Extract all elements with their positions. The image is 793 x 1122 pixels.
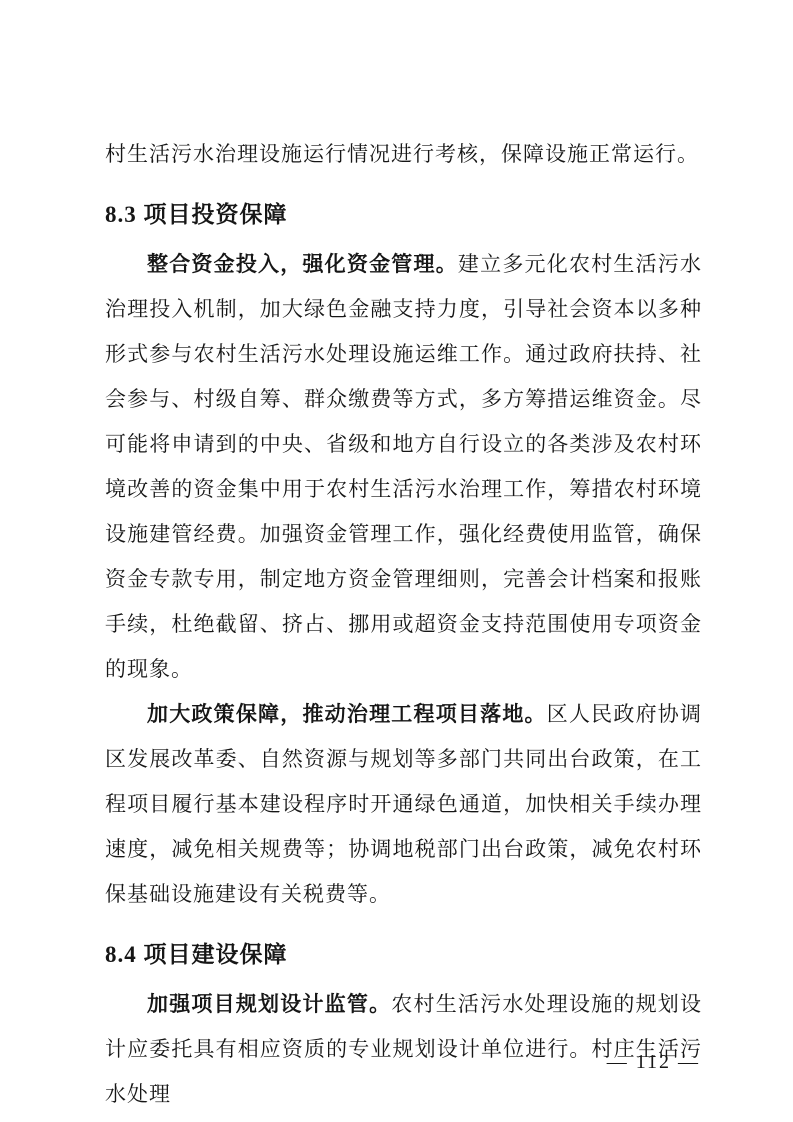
paragraph-lead: 加大政策保障，推动治理工程项目落地。 (147, 702, 547, 726)
paragraph-lead: 整合资金投入，强化资金管理。 (147, 252, 458, 276)
paragraph-continuation: 村生活污水治理设施运行情况进行考核，保障设施正常运行。 (105, 132, 702, 177)
document-page: 村生活污水治理设施运行情况进行考核，保障设施正常运行。 8.3 项目投资保障 整… (0, 0, 793, 1122)
paragraph: 整合资金投入，强化资金管理。建立多元化农村生活污水治理投入机制，加大绿色金融支持… (105, 242, 702, 692)
section-heading-8-3: 8.3 项目投资保障 (105, 192, 702, 237)
section-heading-8-4: 8.4 项目建设保障 (105, 932, 702, 977)
section-heading-8-4-text: 8.4 项目建设保障 (105, 942, 288, 967)
paragraph-continuation-text: 村生活污水治理设施运行情况进行考核，保障设施正常运行。 (105, 142, 699, 166)
paragraph: 加强项目规划设计监管。农村生活污水处理设施的规划设计应委托具有相应资质的专业规划… (105, 982, 702, 1117)
document-body: 村生活污水治理设施运行情况进行考核，保障设施正常运行。 8.3 项目投资保障 整… (105, 132, 702, 1117)
paragraph-body: 建立多元化农村生活污水治理投入机制，加大绿色金融支持力度，引导社会资本以多种形式… (105, 252, 702, 681)
paragraph-body: 区人民政府协调区发展改革委、自然资源与规划等多部门共同出台政策，在工程项目履行基… (105, 702, 702, 906)
section-heading-8-3-text: 8.3 项目投资保障 (105, 202, 288, 227)
page-number: — 112 — (607, 1051, 700, 1074)
paragraph-lead: 加强项目规划设计监管。 (147, 992, 391, 1016)
paragraph: 加大政策保障，推动治理工程项目落地。区人民政府协调区发展改革委、自然资源与规划等… (105, 692, 702, 917)
